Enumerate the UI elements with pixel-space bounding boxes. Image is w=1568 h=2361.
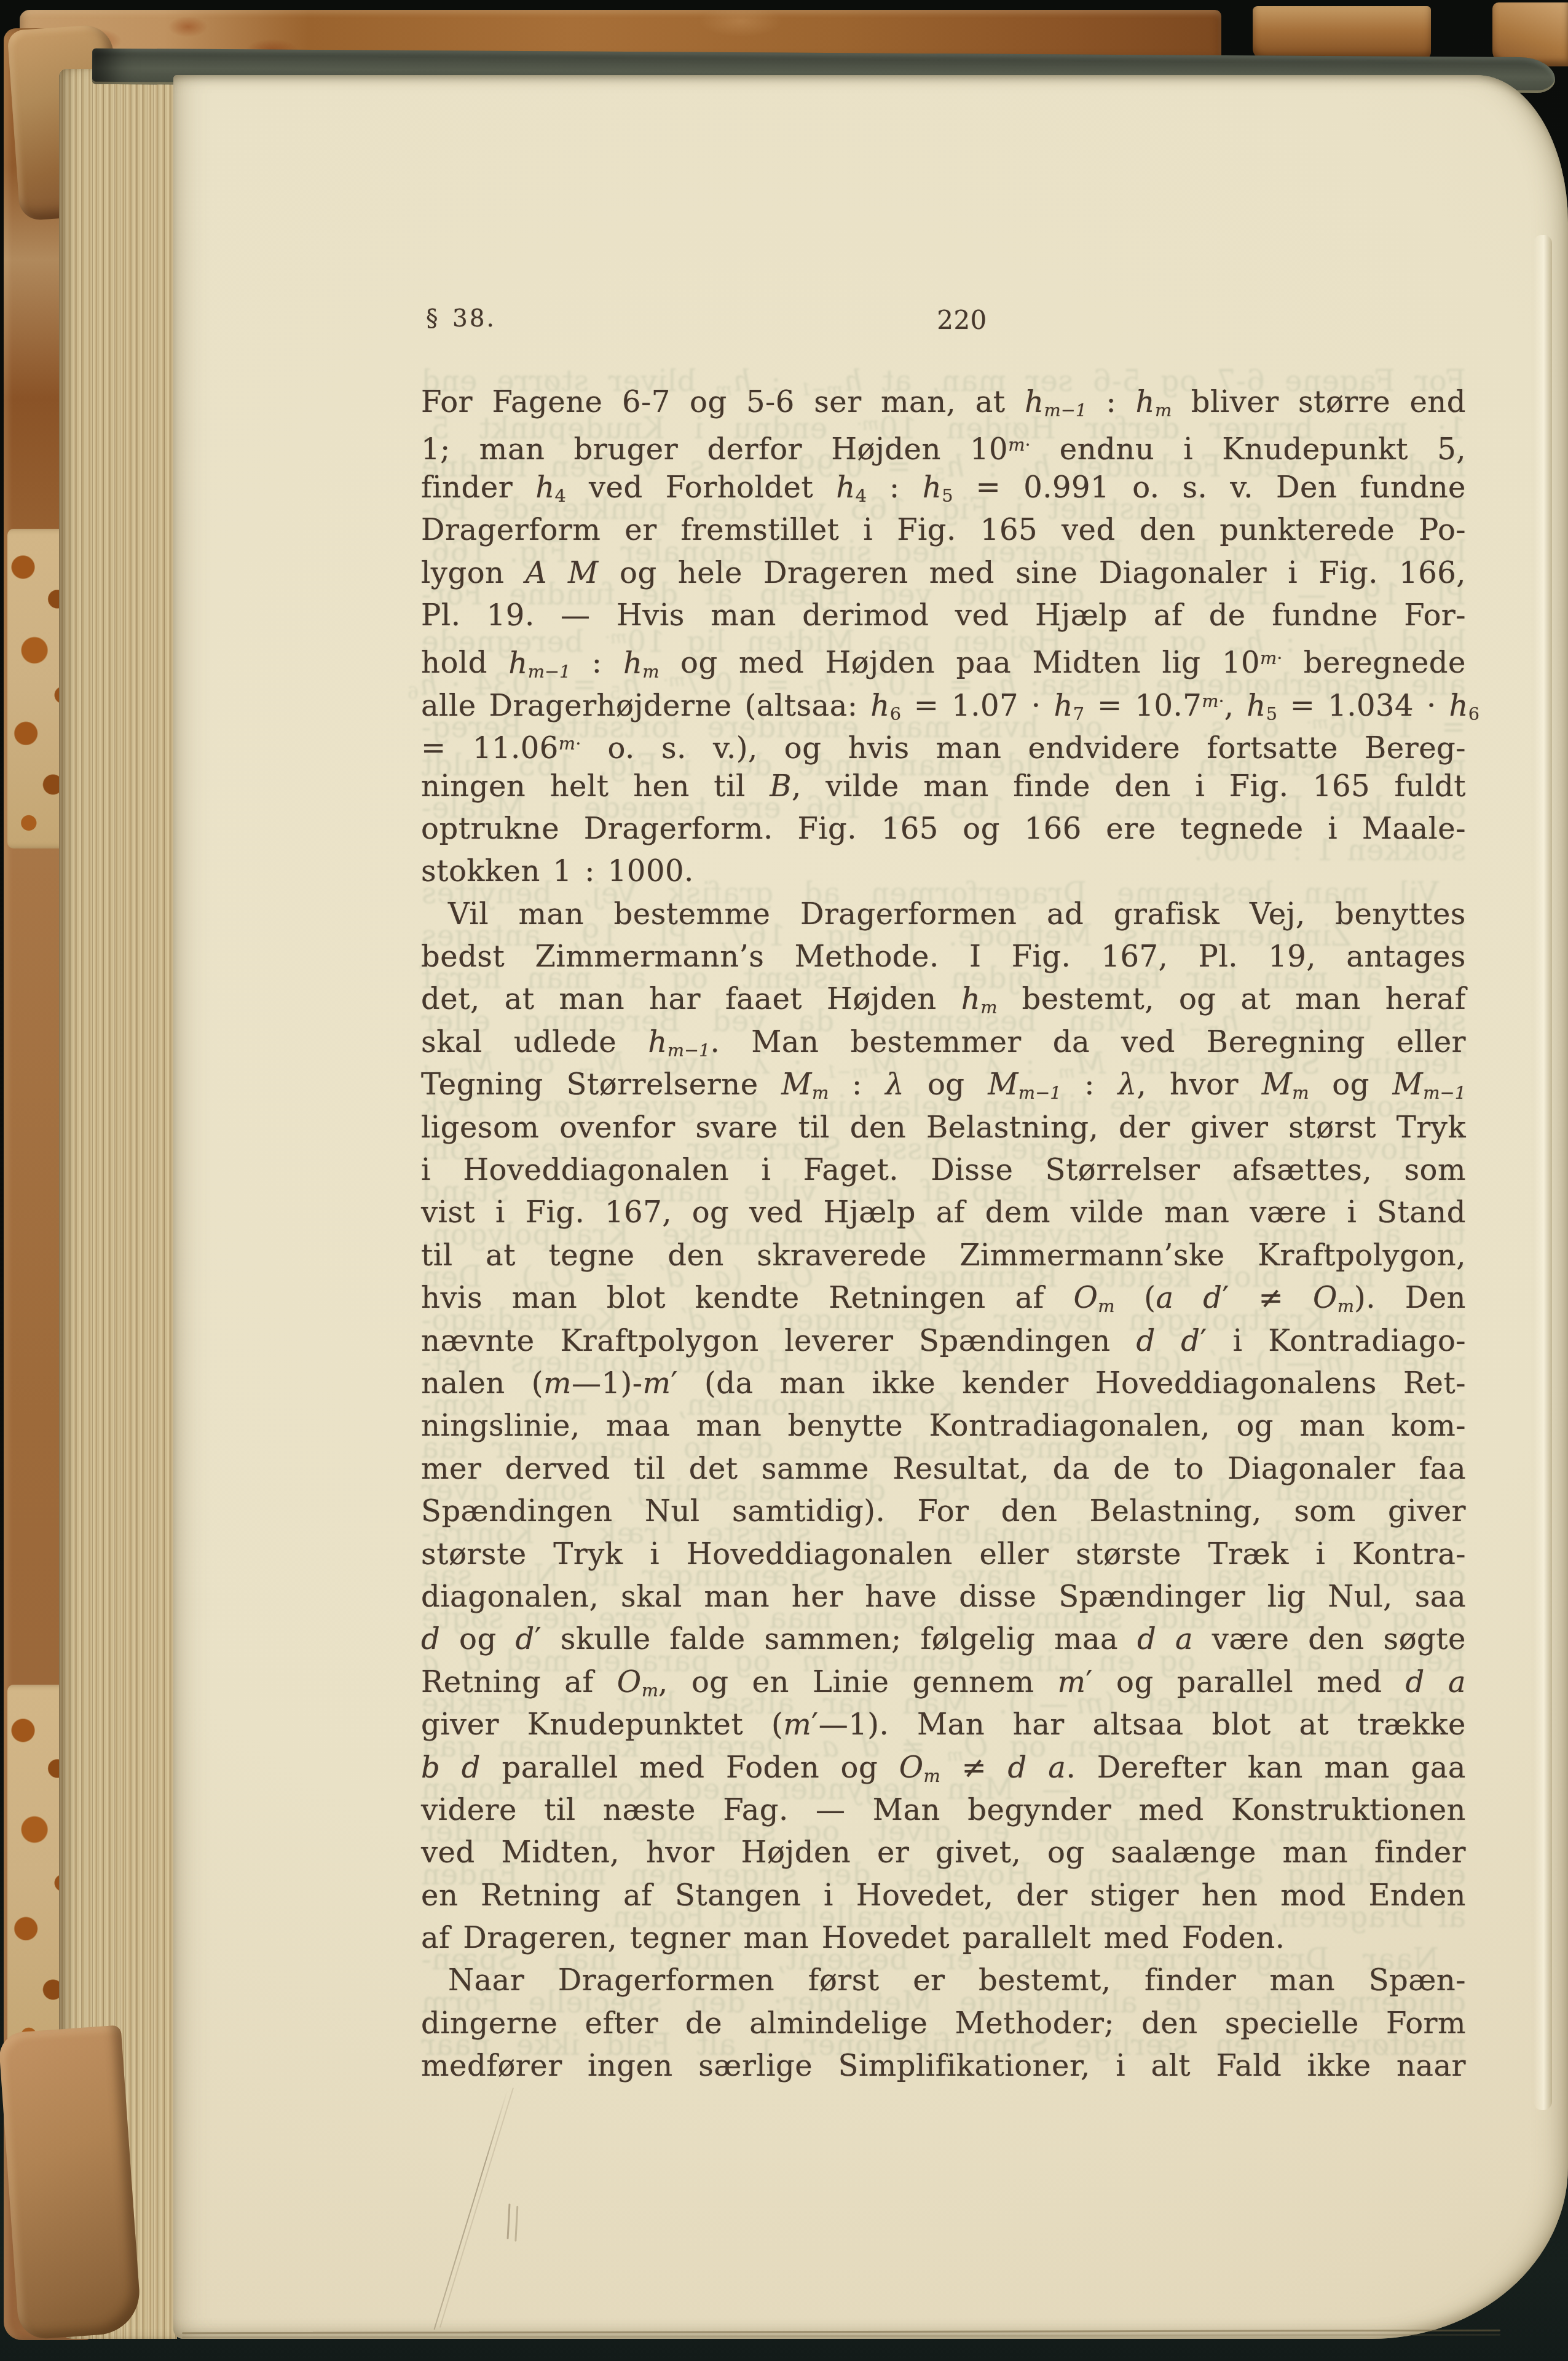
text-line: hold hm−1 : hm og med Højden paa Midten … bbox=[421, 637, 1466, 679]
text-line: Spændingen Nul samtidig). For den Belast… bbox=[421, 1490, 1466, 1533]
leather-cover-top-right-piece bbox=[1253, 6, 1431, 60]
text-line: ligesom ovenfor svare til den Belastning… bbox=[421, 1107, 1466, 1149]
body-text: For Fagene 6-7 og 5-6 ser man, at hm−1 :… bbox=[421, 381, 1466, 2088]
text-line: stokken 1 : 1000. bbox=[421, 850, 1466, 893]
text-line: diagonalen, skal man her have disse Spæn… bbox=[421, 1576, 1466, 1618]
book-scan: For Fagene 6-7 og 5-6 ser man, at hm−1 :… bbox=[0, 0, 1568, 2361]
text-line: Retning af Om, og en Linie gennem m′ og … bbox=[421, 1661, 1466, 1704]
text-line: d og d′ skulle falde sammen; følgelig ma… bbox=[421, 1618, 1466, 1661]
text-line: lygon A M og hele Drageren med sine Diag… bbox=[421, 552, 1466, 595]
page-header: § 38. 220 bbox=[421, 305, 1466, 346]
page-edge-stack bbox=[59, 69, 177, 2339]
text-line: til at tegne den skraverede Zimmermann’s… bbox=[421, 1235, 1466, 1277]
text-line: 1; man bruger derfor Højden 10m· endnu i… bbox=[421, 424, 1466, 466]
text-line: nævnte Kraftpolygon leverer Spændingen d… bbox=[421, 1320, 1466, 1362]
text-line: finder h4 ved Forholdet h4 : h5 = 0.991 … bbox=[421, 467, 1466, 509]
book-page: For Fagene 6-7 og 5-6 ser man, at hm−1 :… bbox=[173, 75, 1568, 2339]
text-line: mer derved til det samme Resultat, da de… bbox=[421, 1448, 1466, 1490]
paper-crease-mark bbox=[433, 2090, 508, 2330]
text-line: største Tryk i Hoveddiagonalen eller stø… bbox=[421, 1533, 1466, 1576]
text-line: det, at man har faaet Højden hm bestemt,… bbox=[421, 978, 1466, 1021]
text-line: giver Knudepunktet (m′—1). Man har altsa… bbox=[421, 1704, 1466, 1746]
text-line: nalen (m—1)-m′ (da man ikke kender Hoved… bbox=[421, 1362, 1466, 1405]
text-line: af Drageren, tegner man Hovedet parallel… bbox=[421, 1917, 1466, 1960]
text-line: Naar Dragerformen først er bestemt, find… bbox=[421, 1960, 1466, 2002]
text-line: Tegning Størrelserne Mm : λ og Mm−1 : λ,… bbox=[421, 1064, 1466, 1106]
text-line: en Retning af Stangen i Hovedet, der sti… bbox=[421, 1875, 1466, 1917]
fore-edge-highlight bbox=[1534, 235, 1552, 2110]
text-line: vist i Fig. 167, og ved Hjælp af dem vil… bbox=[421, 1192, 1466, 1234]
text-line: ved Midten, hvor Højden er givet, og saa… bbox=[421, 1832, 1466, 1874]
text-line: hvis man blot kendte Retningen af Om (a … bbox=[421, 1277, 1466, 1319]
text-line: dingerne efter de almindelige Methoder; … bbox=[421, 2003, 1466, 2045]
text-line: Pl. 19. — Hvis man derimod ved Hjælp af … bbox=[421, 595, 1466, 637]
text-line: skal udlede hm−1. Man bestemmer da ved B… bbox=[421, 1021, 1466, 1064]
leather-flap-lower bbox=[0, 2025, 142, 2341]
text-line: Dragerform er fremstillet i Fig. 165 ved… bbox=[421, 509, 1466, 552]
text-line: For Fagene 6-7 og 5-6 ser man, at hm−1 :… bbox=[421, 381, 1466, 424]
text-line: optrukne Dragerform. Fig. 165 og 166 ere… bbox=[421, 808, 1466, 850]
text-line: ningslinie, maa man benytte Kontradiagon… bbox=[421, 1405, 1466, 1447]
text-line: i Hoveddiagonalen i Faget. Disse Størrel… bbox=[421, 1149, 1466, 1192]
text-line: ningen helt hen til B, vilde man finde d… bbox=[421, 765, 1466, 808]
text-line: b d parallel med Foden og Om ≠ d a. Dere… bbox=[421, 1747, 1466, 1789]
under-page-edge bbox=[182, 2330, 1500, 2334]
text-line: = 11.06m· o. s. v.), og hvis man endvide… bbox=[421, 722, 1466, 765]
text-line: Vil man bestemme Dragerformen ad grafisk… bbox=[421, 893, 1466, 936]
text-line: bedst Zimmermann’s Methode. I Fig. 167, … bbox=[421, 936, 1466, 978]
text-line: alle Dragerhøjderne (altsaa: h6 = 1.07 ·… bbox=[421, 680, 1466, 722]
page-number: 220 bbox=[439, 305, 1484, 335]
text-line: medfører ingen særlige Simplifikationer,… bbox=[421, 2045, 1466, 2087]
pencil-tick-mark bbox=[506, 2204, 510, 2239]
text-line: videre til næste Fag. — Man begynder med… bbox=[421, 1789, 1466, 1832]
